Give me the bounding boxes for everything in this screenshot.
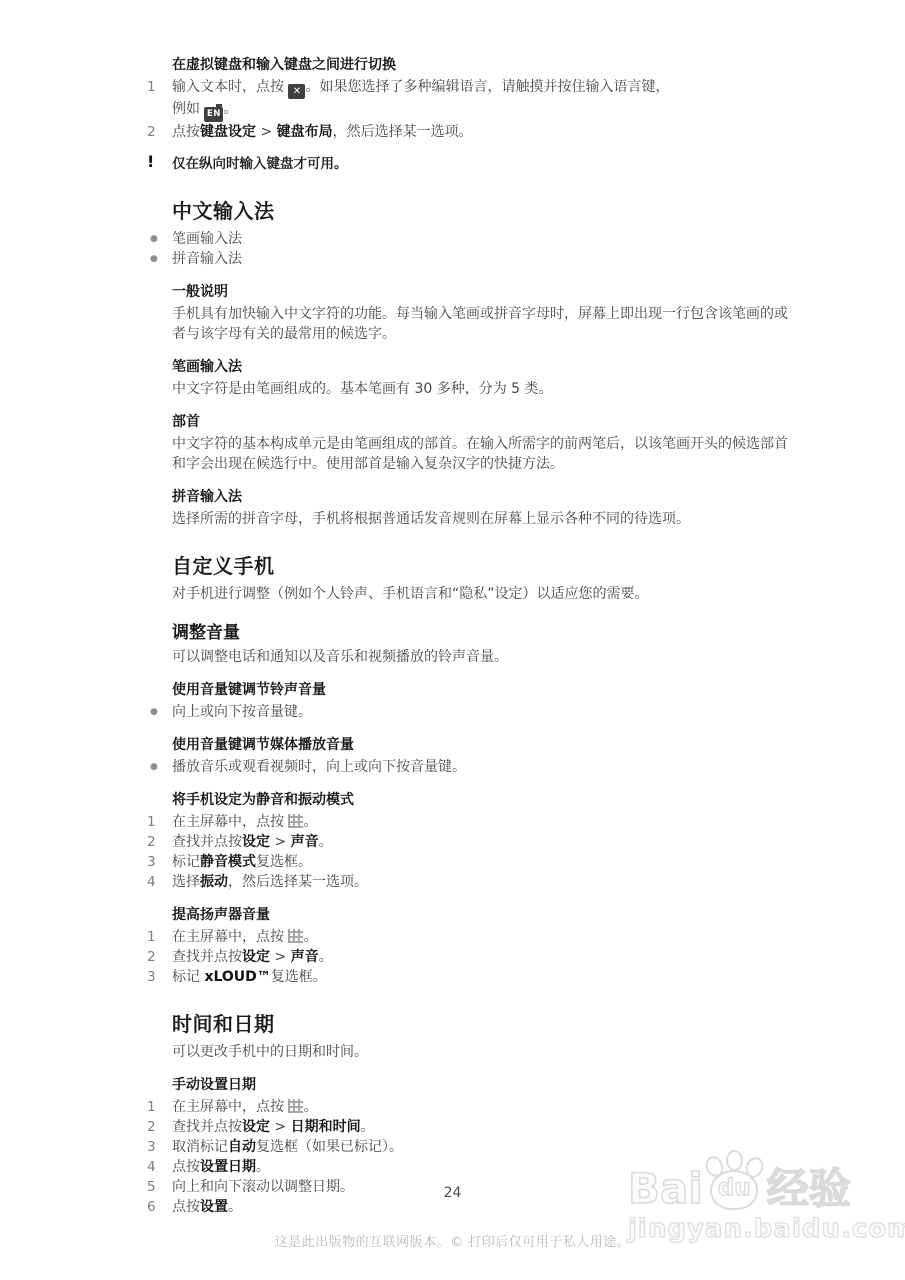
list-item-number: 2 xyxy=(147,832,165,852)
list-item-number: 3 xyxy=(147,852,165,872)
list-item: 2点按键盘设定 > 键盘布局，然后选择某一选项。 xyxy=(172,122,800,142)
emphasis-text: 设定 xyxy=(242,834,270,850)
list-item: ●向上或向下按音量键。 xyxy=(172,702,800,722)
text: 播放音乐或观看视频时，向上或向下按音量键。 xyxy=(172,759,466,775)
bullet-icon: ● xyxy=(150,757,158,777)
text: 在主屏幕中，点按 xyxy=(172,814,288,830)
list-item: ●播放音乐或观看视频时，向上或向下按音量键。 xyxy=(172,757,800,777)
text: 拼音输入法 xyxy=(172,251,242,267)
list-item-text: 标记静音模式复选框。 xyxy=(172,854,312,870)
paragraph: 对手机进行调整（例如个人铃声、手机语言和“隐私”设定）以适应您的需要。 xyxy=(172,584,800,604)
procedure-heading: 拼音输入法 xyxy=(172,488,800,506)
list-item: 3标记静音模式复选框。 xyxy=(172,852,800,872)
paw-icon: du xyxy=(705,1150,765,1212)
list-item-text: 标记 xLOUD™复选框。 xyxy=(172,969,327,985)
list-item-number: 4 xyxy=(147,872,165,892)
text: 。 xyxy=(303,814,317,830)
text: 。 xyxy=(319,949,333,965)
text: > xyxy=(270,1119,291,1135)
paragraph: 中文字符是由笔画组成的。基本笔画有 30 多种，分为 5 类。 xyxy=(172,379,800,399)
list-item-text: 查找并点按设定 > 声音。 xyxy=(172,949,333,965)
list-item-number: 2 xyxy=(147,122,165,142)
list-item-number: 3 xyxy=(147,967,165,987)
list-item-number: 4 xyxy=(147,1157,165,1177)
list-item: ●拼音输入法 xyxy=(172,249,800,269)
text: 在主屏幕中，点按 xyxy=(172,929,288,945)
procedure-heading: 笔画输入法 xyxy=(172,358,800,376)
list-item: 4选择振动，然后选择某一选项。 xyxy=(172,872,800,892)
emphasis-text: 自动 xyxy=(228,1139,256,1155)
procedure-heading: 使用音量键调节铃声音量 xyxy=(172,681,800,699)
text: 。 xyxy=(228,1199,242,1215)
list-item-text: 向上或向下按音量键。 xyxy=(172,704,312,720)
emphasis-text: 设定 xyxy=(242,1119,270,1135)
list-item-text: 笔画输入法 xyxy=(172,231,242,247)
watermark-brand-left: Bai xyxy=(628,1166,703,1212)
list-item-text: 拼音输入法 xyxy=(172,251,242,267)
text: > xyxy=(256,124,277,140)
watermark-brand-right: 经验 xyxy=(767,1166,851,1212)
text: 点按 xyxy=(172,1199,200,1215)
procedure-heading: 使用音量键调节媒体播放音量 xyxy=(172,736,800,754)
text: 输入文本时，点按 xyxy=(172,79,288,95)
text: 例如 xyxy=(172,101,204,117)
list-item: 2查找并点按设定 > 日期和时间。 xyxy=(172,1117,800,1137)
section-heading: 中文输入法 xyxy=(172,198,800,224)
list-item-number: 3 xyxy=(147,1137,165,1157)
bullet-icon: ● xyxy=(150,249,158,269)
procedure-heading: 一般说明 xyxy=(172,283,800,301)
text: 点按 xyxy=(172,124,200,140)
text: 。 xyxy=(319,834,333,850)
watermark-brand-mid: du xyxy=(718,1174,751,1202)
list-item-text: 点按键盘设定 > 键盘布局，然后选择某一选项。 xyxy=(172,124,473,140)
list-item: 1在主屏幕中，点按 。 xyxy=(172,1097,800,1117)
text: ，然后选择某一选项。 xyxy=(228,874,368,890)
numbered-list: 1在主屏幕中，点按 。2查找并点按设定 > 声音。3标记 xLOUD™复选框。 xyxy=(172,927,800,987)
apps-grid-icon xyxy=(288,929,303,943)
note: !仅在纵向时输入键盘才可用。 xyxy=(172,154,800,174)
text: 。 xyxy=(303,1099,317,1115)
emphasis-text: 声音 xyxy=(291,834,319,850)
list-item-text: 输入文本时，点按 ✕。如果您选择了多种编辑语言，请触摸并按住输入语言键，例如 E… xyxy=(172,79,669,117)
list-item-number: 1 xyxy=(147,77,165,97)
list-item-text: 取消标记自动复选框（如果已标记）。 xyxy=(172,1139,403,1155)
note-text: 仅在纵向时输入键盘才可用。 xyxy=(172,156,348,172)
bullet-icon: ● xyxy=(150,229,158,249)
list-item-text: 在主屏幕中，点按 。 xyxy=(172,929,317,945)
subsection-heading: 调整音量 xyxy=(172,622,800,644)
numbered-list: 1在主屏幕中，点按 。2查找并点按设定 > 声音。3标记静音模式复选框。4选择振… xyxy=(172,812,800,892)
text: 笔画输入法 xyxy=(172,231,242,247)
paragraph: 可以更改手机中的日期和时间。 xyxy=(172,1042,800,1062)
list-item-text: 查找并点按设定 > 日期和时间。 xyxy=(172,1119,375,1135)
bullet-list: ●向上或向下按音量键。 xyxy=(172,702,800,722)
text: 复选框。 xyxy=(256,854,312,870)
paragraph: 手机具有加快输入中文字符的功能。每当输入笔画或拼音字母时，屏幕上即出现一行包含该… xyxy=(172,304,800,344)
list-item-text: 点按设置日期。 xyxy=(172,1159,270,1175)
procedure-heading: 部首 xyxy=(172,413,800,431)
document-content: 在虚拟键盘和输入键盘之间进行切换1输入文本时，点按 ✕。如果您选择了多种编辑语言… xyxy=(172,56,800,1217)
text: 标记 xyxy=(172,969,204,985)
text: 向上或向下按音量键。 xyxy=(172,704,312,720)
list-item-number: 2 xyxy=(147,947,165,967)
emphasis-text: 键盘设定 xyxy=(200,124,256,140)
list-item-text: 点按设置。 xyxy=(172,1199,242,1215)
list-item: 2查找并点按设定 > 声音。 xyxy=(172,947,800,967)
list-item: ●笔画输入法 xyxy=(172,229,800,249)
paragraph: 可以调整电话和通知以及音乐和视频播放的铃声音量。 xyxy=(172,647,800,667)
watermark-url: jingyan.baidu.com xyxy=(628,1214,898,1244)
section-heading: 时间和日期 xyxy=(172,1011,800,1037)
paragraph: 中文字符的基本构成单元是由笔画组成的部首。在输入所需字的前两笔后，以该笔画开头的… xyxy=(172,434,800,474)
list-item-number: 1 xyxy=(147,1097,165,1117)
text: 查找并点按 xyxy=(172,834,242,850)
text: 。 xyxy=(361,1119,375,1135)
list-item-number: 1 xyxy=(147,812,165,832)
emphasis-text: 静音模式 xyxy=(200,854,256,870)
list-item-text: 播放音乐或观看视频时，向上或向下按音量键。 xyxy=(172,759,466,775)
emphasis-text: xLOUD™ xyxy=(204,969,270,985)
procedure-heading: 将手机设定为静音和振动模式 xyxy=(172,791,800,809)
emphasis-text: 声音 xyxy=(291,949,319,965)
text: 。如果您选择了多种编辑语言，请触摸并按住输入语言键， xyxy=(305,79,669,95)
list-item-number: 2 xyxy=(147,1117,165,1137)
text: 在主屏幕中，点按 xyxy=(172,1099,288,1115)
list-item: 1在主屏幕中，点按 。 xyxy=(172,812,800,832)
list-item: 1在主屏幕中，点按 。 xyxy=(172,927,800,947)
emphasis-text: 日期和时间 xyxy=(291,1119,361,1135)
procedure-heading: 手动设置日期 xyxy=(172,1076,800,1094)
paragraph: 选择所需的拼音字母，手机将根据普通话发音规则在屏幕上显示各种不同的待选项。 xyxy=(172,509,800,529)
emphasis-text: 设置日期 xyxy=(200,1159,256,1175)
bullet-list: ●笔画输入法●拼音输入法 xyxy=(172,229,800,269)
text: 选择 xyxy=(172,874,200,890)
numbered-list: 1输入文本时，点按 ✕。如果您选择了多种编辑语言，请触摸并按住输入语言键，例如 … xyxy=(172,77,800,142)
apps-grid-icon xyxy=(288,814,303,828)
bullet-list: ●播放音乐或观看视频时，向上或向下按音量键。 xyxy=(172,757,800,777)
list-item-text: 查找并点按设定 > 声音。 xyxy=(172,834,333,850)
text: 点按 xyxy=(172,1159,200,1175)
emphasis-text: 振动 xyxy=(200,874,228,890)
text: > xyxy=(270,949,291,965)
list-item: 3标记 xLOUD™复选框。 xyxy=(172,967,800,987)
text: 查找并点按 xyxy=(172,949,242,965)
procedure-heading: 在虚拟键盘和输入键盘之间进行切换 xyxy=(172,56,800,74)
apps-grid-icon xyxy=(288,1099,303,1113)
emphasis-text: 设置 xyxy=(200,1199,228,1215)
list-item-text: 在主屏幕中，点按 。 xyxy=(172,1099,317,1115)
text: 。 xyxy=(256,1159,270,1175)
list-item-number: 1 xyxy=(147,927,165,947)
procedure-heading: 提高扬声器音量 xyxy=(172,906,800,924)
list-item-text: 在主屏幕中，点按 。 xyxy=(172,814,317,830)
emphasis-text: 设定 xyxy=(242,949,270,965)
list-item: 1输入文本时，点按 ✕。如果您选择了多种编辑语言，请触摸并按住输入语言键，例如 … xyxy=(172,77,800,122)
list-item: 2查找并点按设定 > 声音。 xyxy=(172,832,800,852)
text: 复选框。 xyxy=(271,969,327,985)
text: 查找并点按 xyxy=(172,1119,242,1135)
text: 取消标记 xyxy=(172,1139,228,1155)
section-heading: 自定义手机 xyxy=(172,553,800,579)
keyboard-settings-icon: ✕ xyxy=(288,84,305,99)
language-key-icon: EN xyxy=(204,107,223,122)
text: ，然后选择某一选项。 xyxy=(333,124,473,140)
text: 标记 xyxy=(172,854,200,870)
exclamation-icon: ! xyxy=(147,152,154,172)
text: > xyxy=(270,834,291,850)
baidu-watermark: Bai du 经验 jingyan.baidu.com xyxy=(628,1150,898,1244)
emphasis-text: 键盘布局 xyxy=(277,124,333,140)
list-item-text: 选择振动，然后选择某一选项。 xyxy=(172,874,368,890)
text: 。 xyxy=(223,101,237,117)
text: 。 xyxy=(303,929,317,945)
watermark-brand: Bai du 经验 xyxy=(628,1150,898,1212)
bullet-icon: ● xyxy=(150,702,158,722)
text: 复选框（如果已标记）。 xyxy=(256,1139,403,1155)
